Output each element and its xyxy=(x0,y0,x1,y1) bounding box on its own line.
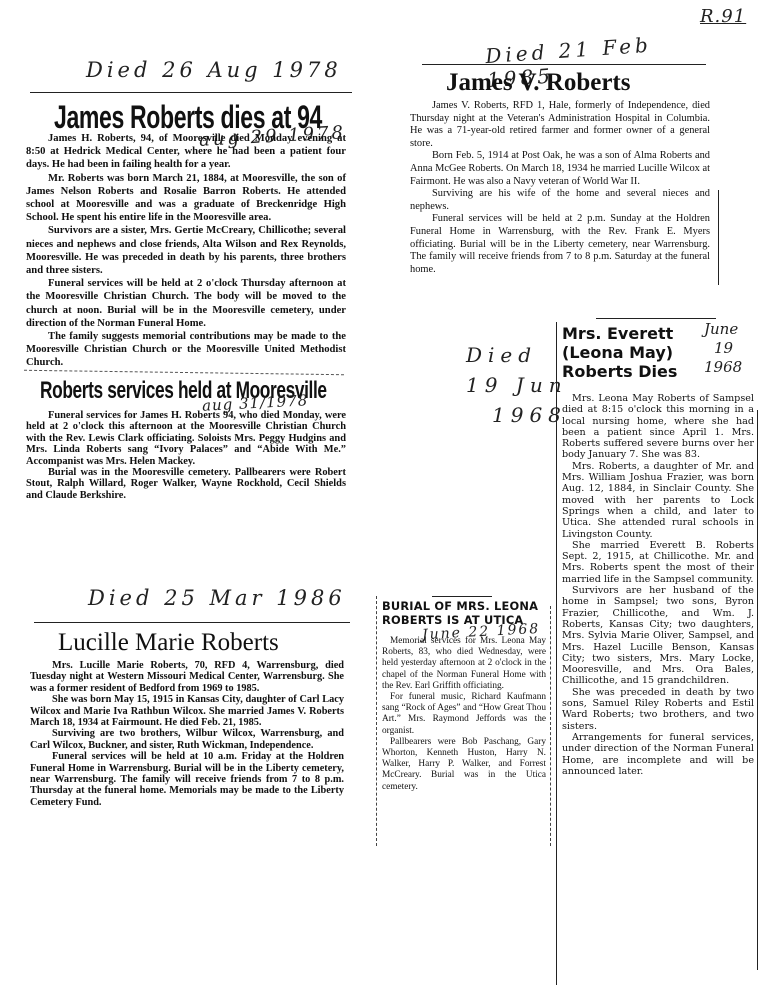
page-reference: R.91 xyxy=(700,6,746,27)
headline-line: (Leona May) xyxy=(562,343,677,362)
clipping-edge xyxy=(757,410,758,970)
paragraph: Mrs. Lucille Marie Roberts, 70, RFD 4, W… xyxy=(30,660,344,694)
article-body: Mrs. Leona May Roberts of Sampsel died a… xyxy=(562,393,754,777)
handwritten-line: 1968 xyxy=(466,400,568,430)
divider-rule xyxy=(422,64,706,65)
paragraph: She was born May 15, 1915 in Kansas City… xyxy=(30,694,344,728)
paragraph: Mr. Roberts was born March 21, 1884, at … xyxy=(26,172,346,225)
divider-rule xyxy=(24,370,344,375)
handwritten-death-date: Died 19 Jun 1968 xyxy=(466,340,568,430)
handwritten-note: June 19 1968 xyxy=(704,320,742,377)
paragraph: For funeral music, Richard Kaufmann sang… xyxy=(382,692,546,737)
article-body: James H. Roberts, 94, of Mooresville die… xyxy=(26,132,346,370)
headline-line: BURIAL OF MRS. LEONA xyxy=(382,599,538,613)
clipping-edge xyxy=(718,190,719,285)
handwritten-death-date: Died 26 Aug 1978 xyxy=(86,58,342,82)
headline: Lucille Marie Roberts xyxy=(58,628,279,658)
handwritten-line: Died xyxy=(466,340,568,370)
article-body: Mrs. Lucille Marie Roberts, 70, RFD 4, W… xyxy=(30,660,344,808)
paragraph: Survivors are her husband of the home in… xyxy=(562,585,754,687)
paragraph: Born Feb. 5, 1914 at Post Oak, he was a … xyxy=(410,150,710,188)
divider-rule xyxy=(30,92,352,93)
paragraph: She married Everett B. Roberts Sept. 2, … xyxy=(562,540,754,585)
divider-rule xyxy=(596,318,716,319)
article-body: James V. Roberts, RFD 1, Hale, formerly … xyxy=(410,100,710,276)
clipping-edge xyxy=(556,322,557,985)
paragraph: Pallbearers were Bob Paschang, Gary Whor… xyxy=(382,737,546,793)
article-body: Funeral services for James H. Roberts 94… xyxy=(26,410,346,501)
headline: James V. Roberts xyxy=(446,68,631,98)
handwritten-line: 19 Jun xyxy=(466,370,568,400)
paragraph: Memorial services for Mrs. Leona May Rob… xyxy=(382,636,546,692)
paragraph: Surviving are two brothers, Wilbur Wilco… xyxy=(30,728,344,751)
paragraph: James H. Roberts, 94, of Mooresville die… xyxy=(26,132,346,172)
handwritten-line: 1968 xyxy=(704,358,742,377)
handwritten-death-date: Died 25 Mar 1986 xyxy=(88,586,346,610)
paragraph: The family suggests memorial contributio… xyxy=(26,330,346,370)
paragraph: Survivors are a sister, Mrs. Gertie McCr… xyxy=(26,224,346,277)
paragraph: Burial was in the Mooresville cemetery. … xyxy=(26,467,346,501)
paragraph: She was preceded in death by two sons, S… xyxy=(562,687,754,732)
paragraph: Arrangements for funeral services, under… xyxy=(562,732,754,777)
divider-rule xyxy=(34,622,350,623)
paragraph: Surviving are his wife of the home and s… xyxy=(410,188,710,213)
clipping-edge xyxy=(550,606,551,846)
paragraph: Mrs. Leona May Roberts of Sampsel died a… xyxy=(562,393,754,461)
paragraph: Mrs. Roberts, a daughter of Mr. and Mrs.… xyxy=(562,461,754,540)
handwritten-line: June xyxy=(704,320,742,339)
headline-line: Roberts Dies xyxy=(562,362,677,381)
headline: Mrs. Everett (Leona May) Roberts Dies xyxy=(562,324,677,381)
paragraph: Funeral services will be held at 10 a.m.… xyxy=(30,751,344,808)
clipping-edge xyxy=(376,596,377,846)
paragraph: Funeral services for James H. Roberts 94… xyxy=(26,410,346,467)
headline-line: Mrs. Everett xyxy=(562,324,677,343)
article-body: Memorial services for Mrs. Leona May Rob… xyxy=(382,636,546,793)
paragraph: Funeral services will be held at 2 o'clo… xyxy=(26,277,346,330)
paragraph: Funeral services will be held at 2 p.m. … xyxy=(410,213,710,276)
handwritten-line: 19 xyxy=(704,339,742,358)
paragraph: James V. Roberts, RFD 1, Hale, formerly … xyxy=(410,100,710,150)
divider-rule xyxy=(432,596,492,597)
